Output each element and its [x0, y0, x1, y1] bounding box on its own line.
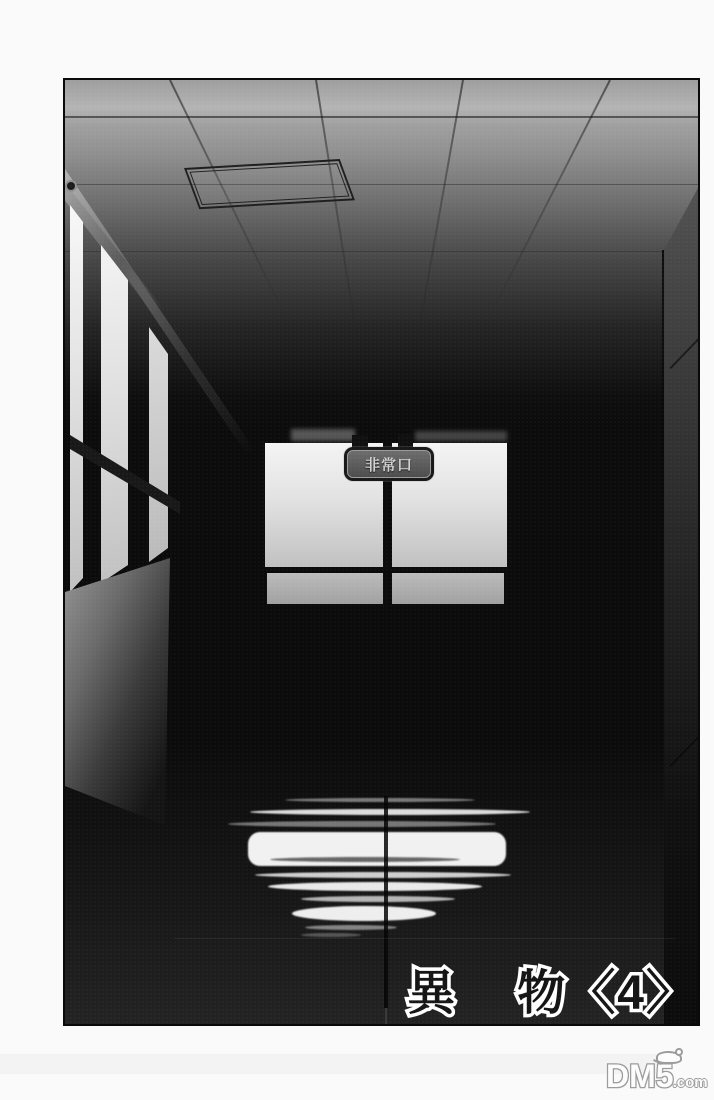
end-window-pane-bottom-right — [392, 573, 504, 604]
left-wall-lower-glow — [65, 550, 177, 840]
chapter-title: 異物〈4〉 — [407, 954, 696, 1023]
ceiling-light-fixture — [184, 159, 355, 209]
window-pane — [65, 180, 187, 600]
watermark-suffix-text: .com — [673, 1075, 708, 1090]
mullion-reflection-tail — [385, 1008, 387, 1026]
ceiling-perspective-line — [315, 80, 359, 347]
floor-light-streak — [255, 872, 511, 878]
manga-page: 非常口 異物〈4〉 DM5.com — [0, 0, 714, 1100]
chapter-title-first: 異 — [407, 967, 457, 1020]
ceiling-glow-streak — [291, 429, 355, 441]
floor-light-streak — [301, 896, 455, 902]
chapter-title-rest: 物〈4〉 — [517, 967, 696, 1020]
ceiling-light-fixture-inner — [189, 163, 349, 205]
window-latch — [65, 180, 77, 192]
right-wall-corner-line — [662, 250, 664, 580]
floor-light-streak — [285, 798, 475, 802]
frog-eye-icon — [675, 1048, 683, 1056]
floor-shadow-notch — [270, 857, 460, 862]
ceiling-tile-line — [65, 116, 698, 118]
frog-icon — [656, 1051, 682, 1064]
right-wall — [662, 188, 698, 1024]
floor-light-streak — [228, 821, 496, 827]
end-window-pane-bottom-left — [267, 573, 383, 604]
exit-sign: 非常口 — [344, 447, 434, 481]
watermark-logo-text: DM5 — [606, 1060, 674, 1092]
ceiling-perspective-line — [415, 80, 464, 346]
floor-seam-line — [175, 938, 675, 939]
floor-light-streak — [292, 906, 436, 921]
exit-sign-face: 非常口 — [347, 450, 431, 478]
manga-panel-corridor: 非常口 異物〈4〉 — [63, 78, 700, 1026]
exit-sign-text: 非常口 — [365, 454, 413, 475]
mullion-reflection-line — [384, 796, 388, 1008]
floor-light-streak — [301, 933, 361, 937]
dm5-watermark: DM5.com — [606, 1060, 708, 1092]
left-wall-window — [65, 180, 187, 600]
floor-light-streak — [268, 882, 482, 891]
scan-artifact-band — [0, 1054, 656, 1074]
floor-light-streak — [250, 809, 530, 815]
ceiling-glow-streak — [415, 431, 507, 441]
